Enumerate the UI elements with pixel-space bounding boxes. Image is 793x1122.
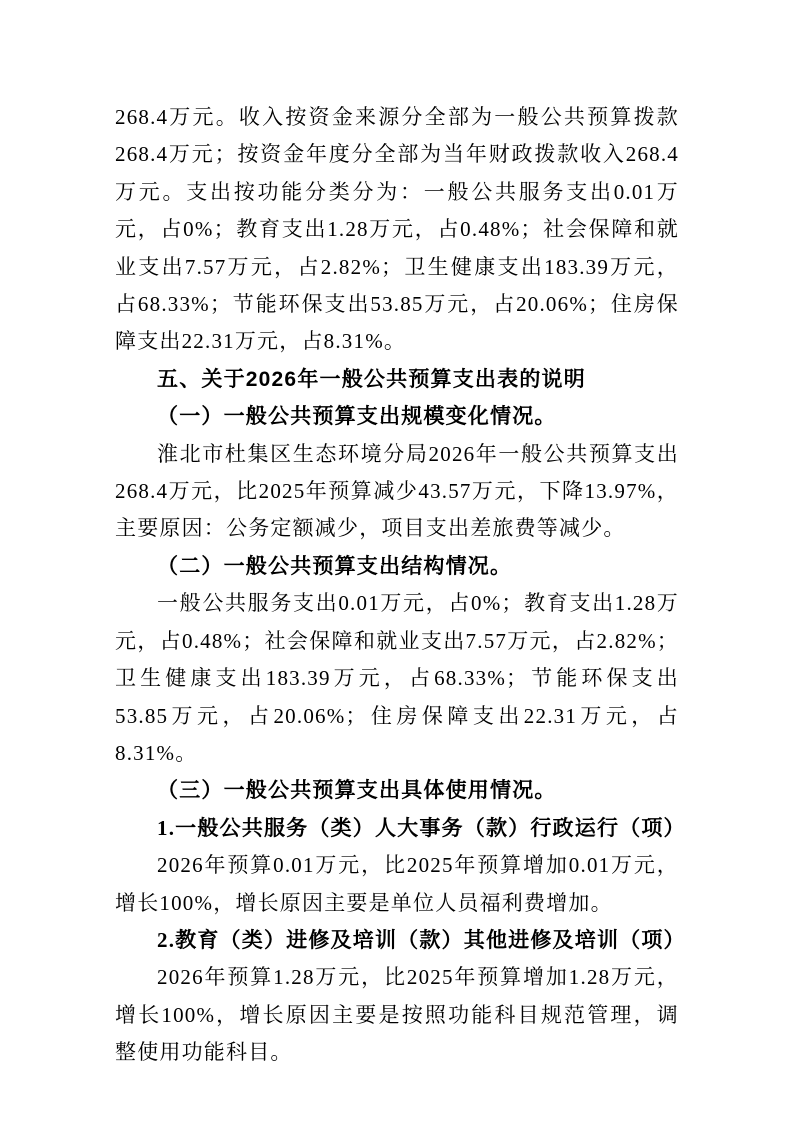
- para-item-2-detail: 2026年预算1.28万元，比2025年预算增加1.28万元，增长100%，增长…: [115, 959, 679, 1071]
- heading-item-2: 2.教育（类）进修及培训（款）其他进修及培训（项）: [115, 922, 679, 959]
- para-expenditure-structure: 一般公共服务支出0.01万元，占0%；教育支出1.28万元，占0.48%；社会保…: [115, 585, 679, 772]
- para-expenditure-scale-change: 淮北市杜集区生态环境分局2026年一般公共预算支出268.4万元，比2025年预…: [115, 436, 679, 548]
- document-page: 268.4万元。收入按资金来源分全部为一般公共预算拨款268.4万元；按资金年度…: [0, 0, 793, 1122]
- para-item-1-detail: 2026年预算0.01万元，比2025年预算增加0.01万元，增长100%，增长…: [115, 847, 679, 922]
- heading-item-1: 1.一般公共服务（类）人大事务（款）行政运行（项）: [115, 810, 679, 847]
- heading-section-five-sub-1: （一）一般公共预算支出规模变化情况。: [115, 398, 679, 435]
- document-content: 268.4万元。收入按资金来源分全部为一般公共预算拨款268.4万元；按资金年度…: [115, 99, 679, 1072]
- para-income-expenditure-overview-continued: 268.4万元。收入按资金来源分全部为一般公共预算拨款268.4万元；按资金年度…: [115, 99, 679, 361]
- heading-section-five: 五、关于2026年一般公共预算支出表的说明: [115, 361, 679, 398]
- heading-section-five-sub-2: （二）一般公共预算支出结构情况。: [115, 548, 679, 585]
- heading-section-five-sub-3: （三）一般公共预算支出具体使用情况。: [115, 772, 679, 809]
